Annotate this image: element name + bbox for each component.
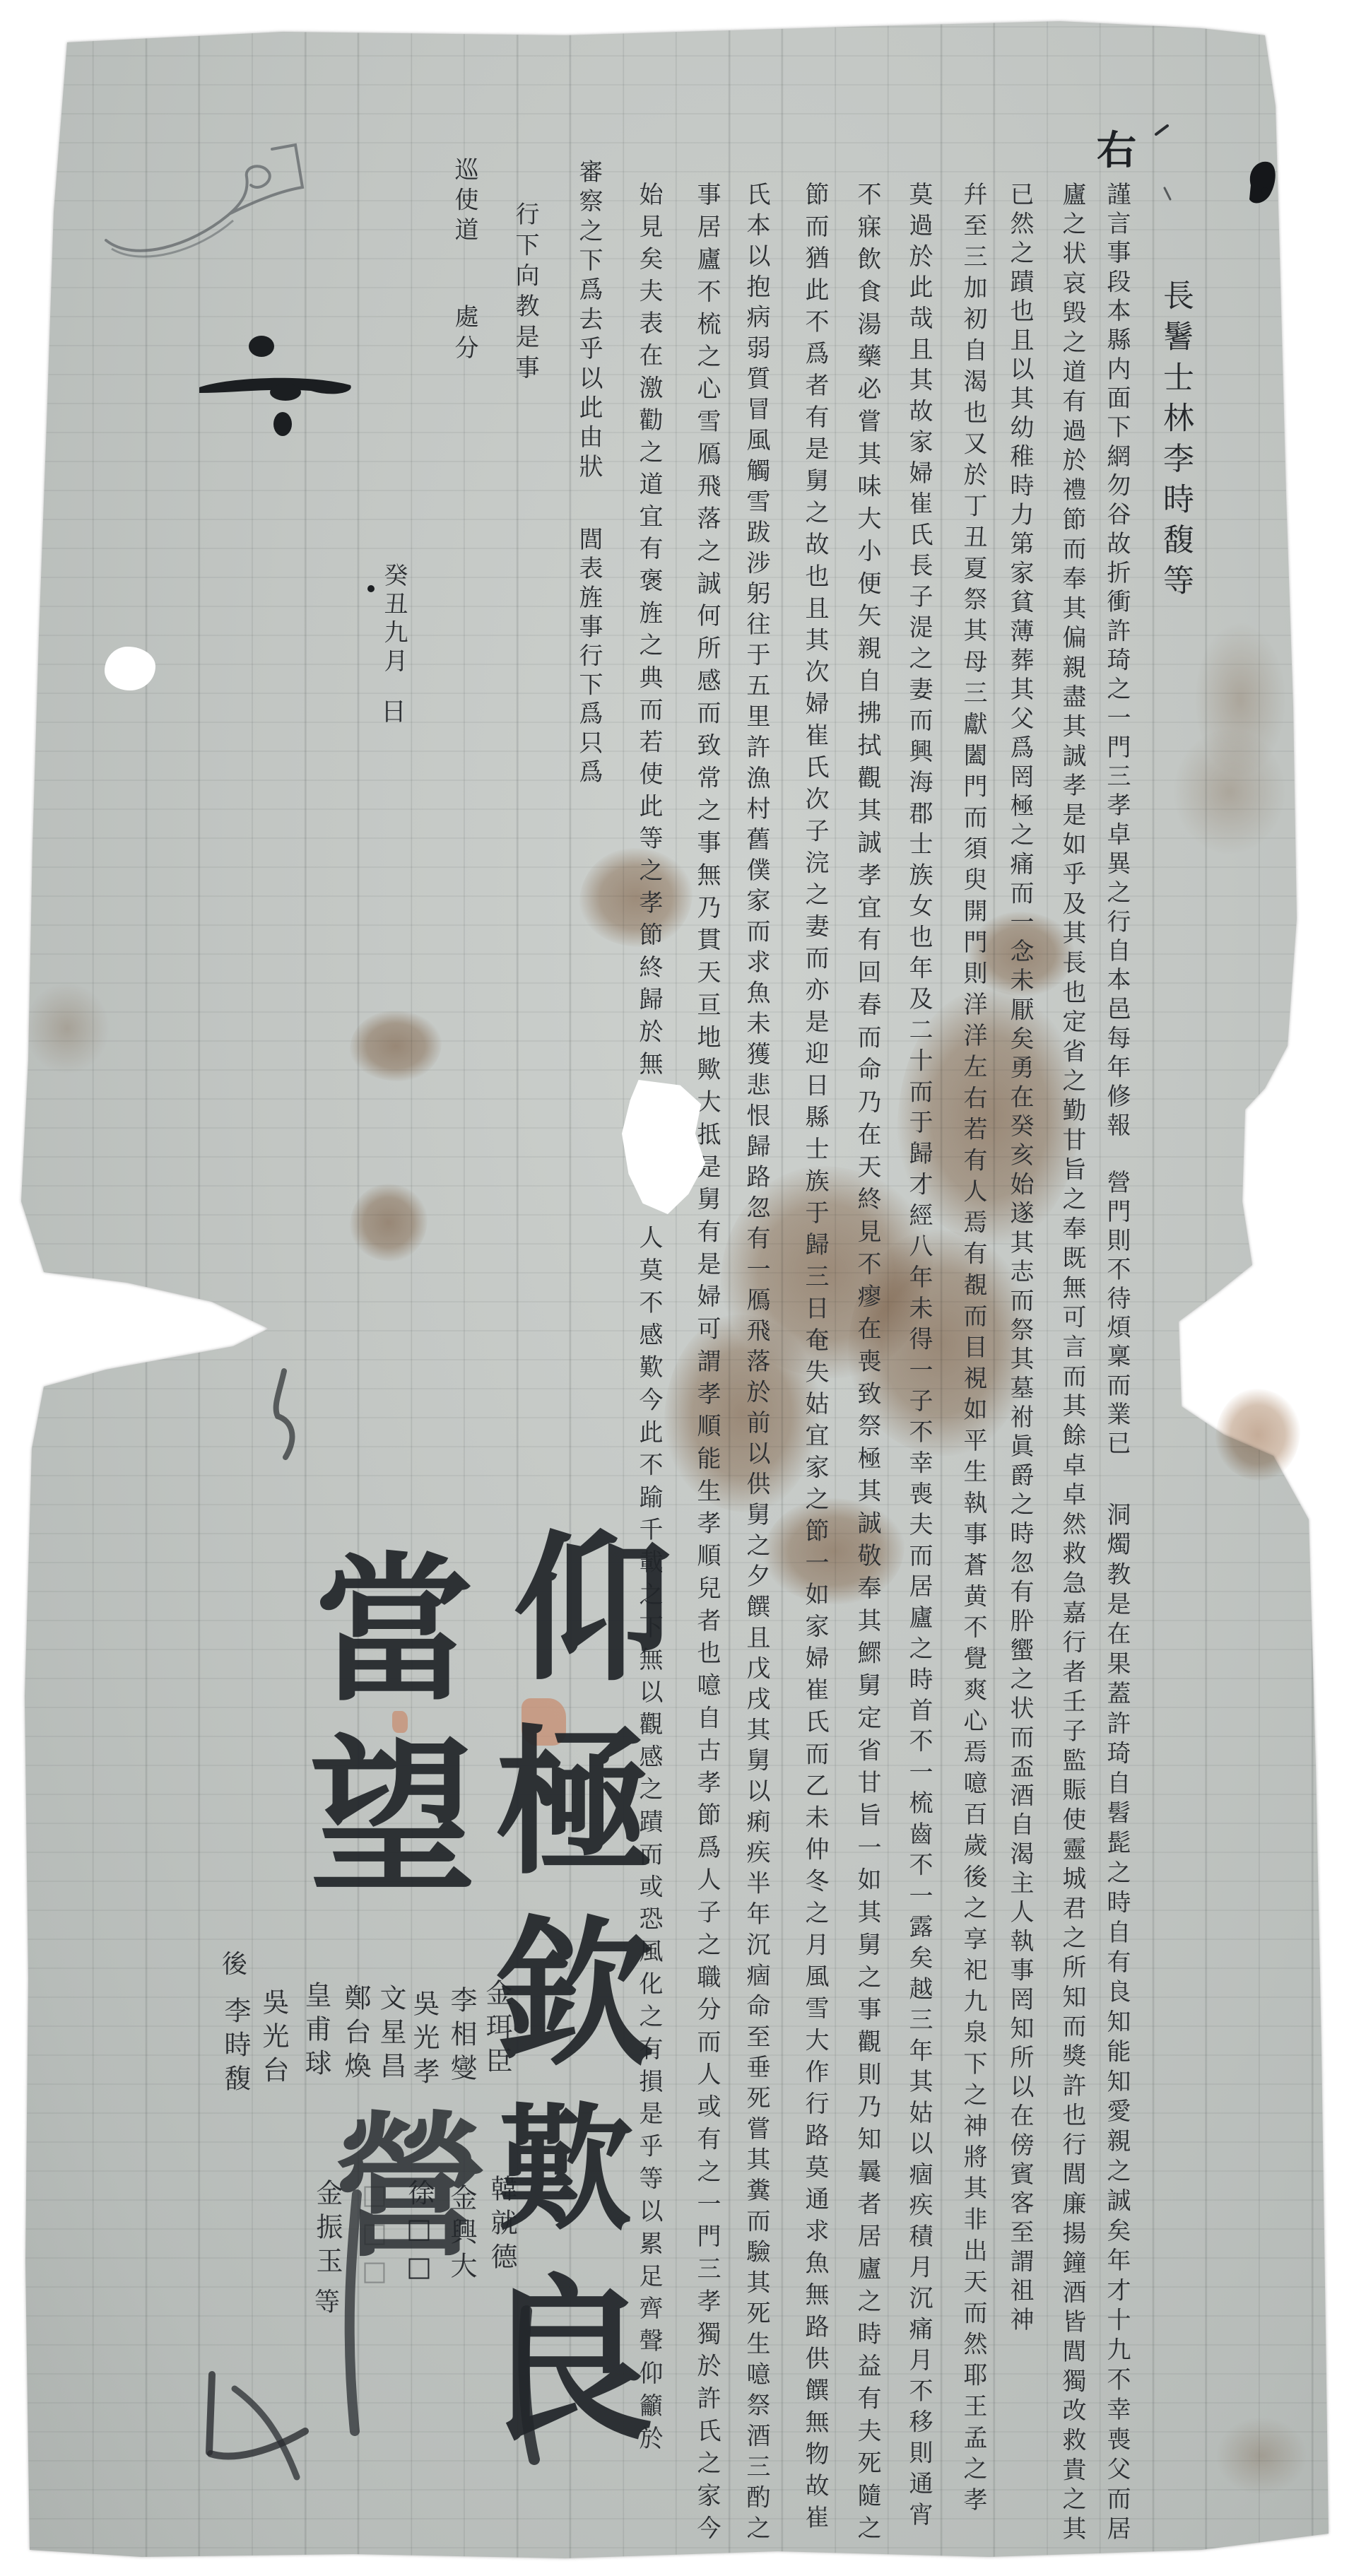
body-column: 不寐飲食湯藥必嘗其味大小便矢親自拂拭觀其誠孝宜有回春而命乃在天終見不瘳在喪致祭極… — [853, 182, 881, 2542]
water-stain — [350, 1011, 442, 1081]
opening-mark: 右 — [1097, 131, 1136, 170]
body-column: 事居廬不梳之心雪鴈飛落之誠何所感而致常之事無乃貫天亘地歟大抵是舅有是婦可謂孝順能… — [693, 182, 721, 2542]
ruling-character: 仰 — [513, 1530, 672, 1689]
body-column: 營門則不待煩稟而業已 — [1102, 1170, 1131, 1457]
ink-dot — [365, 583, 379, 597]
petitioner-title: 長鬐士林李時馥等 — [1157, 279, 1193, 601]
signatory-name: 文星昌 — [375, 1984, 406, 2086]
water-stain — [1173, 728, 1286, 855]
body-column: 已然之蹟也且以其幼稚時力第家貧薄葬其父爲罔極之痛而一念未厭矣勇在癸亥始遂其志而祭… — [1006, 182, 1034, 2334]
body-column: 廬之状哀毁之道有過於禮節而奉其偏親盡其誠孝是如乎及其長也定省之勤甘旨之奉既無可言… — [1058, 182, 1086, 2543]
body-column: 幷至三加初自渴也又於丁丑夏祭其母三獻闔門而須臾開門則洋洋左右若有人焉有覩而目視如… — [959, 182, 987, 2514]
body-column: 莫過於此哉且其故家婦崔氏長子湜之妻而興海郡士族女也年及二十而于歸才經八年未得一子… — [905, 182, 933, 2529]
ink-blot — [0, 0, 1, 1]
closing-request: 閭表旌事行下爲只爲 — [575, 527, 603, 786]
document-scan: 長鬐士林李時馥等 右 謹言事段本縣内面下網勿谷故折衝許琦之一門三孝卓異之行自本邑… — [0, 0, 1349, 2576]
water-stain — [25, 982, 110, 1074]
closing-plea: 審察之下爲去乎以此由狀 — [575, 159, 603, 481]
ruling-character: 良 — [477, 2272, 654, 2449]
ruling-character: 望 — [310, 1735, 476, 1901]
ruling-character: 極 — [495, 1724, 654, 1883]
signatory-name: 皇甫球 — [300, 1981, 331, 2083]
body-column: 始見矣夫表在激勸之道宜有褒旌之典而若使此等之孝節終歸於無 — [635, 182, 663, 1078]
body-column: 洞燭教是在果蓋許琦自髫髭之時自有良知能知愛親之誠矣年才十九不幸喪父而居 — [1102, 1502, 1131, 2543]
body-column: 謹言事段本縣内面下網勿谷故折衝許琦之一門三孝卓異之行自本邑每年修報 — [1102, 182, 1131, 1139]
water-stain — [1215, 1389, 1300, 1481]
signatory-prefix: 後 — [222, 1952, 247, 1977]
ruling-character: 歎 — [498, 2102, 632, 2237]
addressee-suffix: 處分 — [450, 304, 478, 362]
addressee: 巡使道 — [450, 157, 478, 244]
signatory-suffix: 等 — [314, 2290, 340, 2315]
date-day: 日 — [381, 700, 406, 725]
date-year-month: 癸丑九月 — [379, 563, 408, 675]
water-stain — [1215, 2417, 1307, 2495]
signatory-name: 李時馥 — [220, 1996, 251, 2098]
ruling-character: 欽 — [495, 1915, 654, 2074]
signatory-name: 李相燮 — [446, 1986, 477, 2088]
water-stain — [763, 1498, 905, 1604]
body-column: 節而猶此不爲者有是舅之故也且其次婦崔氏次子浣之妻而亦是迎日縣士族于歸三日奄失姑宜… — [801, 182, 829, 2531]
body-column: 氏本以抱病弱質冒風觸雪跋涉躬往于五里許漁村舊僕家而求魚未獲悲恨歸路忽有一鴈飛落於… — [742, 182, 770, 2542]
closing-formula: 行下向教是事 — [511, 201, 539, 382]
water-stain — [350, 1184, 428, 1261]
signatory-name: 鄭台煥 — [340, 1984, 371, 2086]
ruling-character: 當 — [314, 1551, 473, 1710]
signatory-name: 吳光台 — [258, 1988, 289, 2090]
signatory-name: 吳光孝 — [408, 1989, 440, 2091]
